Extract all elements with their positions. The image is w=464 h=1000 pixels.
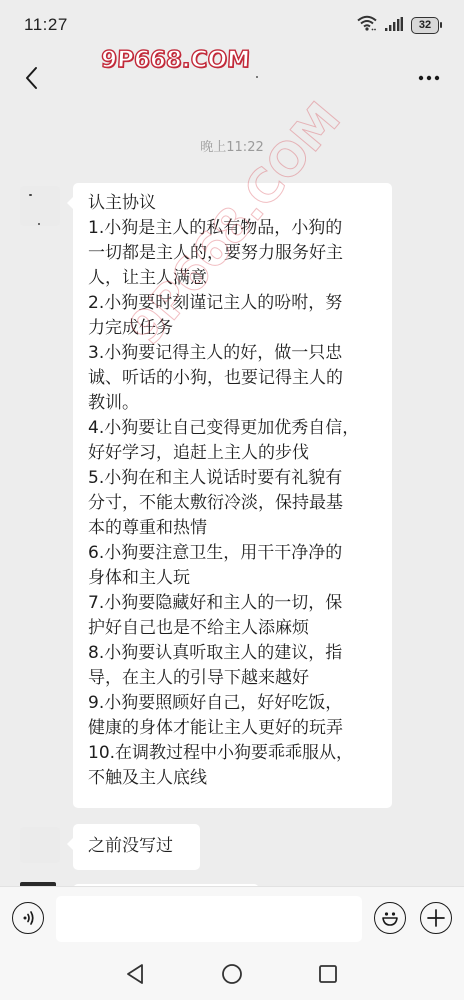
avatar-speck [29,194,32,196]
input-bar [0,886,464,946]
emoji-icon [379,907,401,929]
more-actions-button[interactable] [420,902,452,934]
message-line: 4.小狗要让自己变得更加优秀自信， [88,416,378,441]
message-line: 本的尊重和热情 [88,516,378,541]
nav-home-button[interactable] [218,960,246,988]
watermark-logo: 9P668.COM [100,47,250,73]
message-line: 教训。 [88,391,378,416]
message-line: 健康的身体才能让主人更好的玩弄 [88,716,378,741]
message-line: 6.小狗要注意卫生，用干干净净的 [88,541,378,566]
status-icons: 32 [357,15,442,35]
message-line: 人，让主人满意 [88,266,378,291]
message-line: 5.小狗在和主人说话时要有礼貌有 [88,466,378,491]
message-line: 不触及主人底线 [88,766,378,791]
back-button[interactable] [16,63,46,93]
message-bubble[interactable]: 认主协议 1.小狗是主人的私有物品，小狗的 一切都是主人的，要努力服务好主 人，… [73,183,392,808]
avatar-speck [38,223,40,225]
chevron-left-icon [24,66,38,90]
message-line: 导，在主人的引导下越来越好 [88,666,378,691]
battery-level: 32 [411,17,439,34]
battery-tip [440,22,442,28]
avatar[interactable] [20,827,60,863]
voice-input-icon [20,910,36,926]
more-options-button[interactable] [412,63,446,93]
message-bubble[interactable]: 之前没写过 [73,824,200,870]
emoji-button[interactable] [374,902,406,934]
status-bar: 11:27 32 [0,0,464,50]
message-line: 7.小狗要隐藏好和主人的一切，保 [88,591,378,616]
message-line: 好好学习，追赶上主人的步伐 [88,441,378,466]
nav-back-icon [125,963,145,985]
system-nav-bar [0,946,464,1000]
more-horizontal-icon [418,75,440,81]
message-line: 认主协议 [88,191,378,216]
nav-home-icon [221,963,243,985]
wifi-icon [357,15,377,35]
message-line: 2.小狗要时刻谨记主人的吩咐，努 [88,291,378,316]
message-line: 8.小狗要认真听取主人的建议，指 [88,641,378,666]
message-line: 一切都是主人的，要努力服务好主 [88,241,378,266]
message-line: 9.小狗要照顾好自己，好好吃饭， [88,691,378,716]
nav-back-button[interactable] [121,960,149,988]
message-timestamp: 晚上11:22 [0,136,464,155]
message-line: 力完成任务 [88,316,378,341]
battery-indicator: 32 [411,17,442,34]
message-input[interactable] [56,896,362,942]
message-line: 10.在调教过程中小狗要乖乖服从， [88,741,378,766]
voice-button[interactable] [12,902,44,934]
nav-recent-apps-button[interactable] [314,960,342,988]
header-dot [256,76,258,78]
message-line: 身体和主人玩 [88,566,378,591]
status-time: 11:27 [24,15,68,35]
message-text: 之前没写过 [88,834,186,859]
message-line: 3.小狗要记得主人的好，做一只忠 [88,341,378,366]
message-line: 诚、听话的小狗，也要记得主人的 [88,366,378,391]
plus-icon [426,908,446,928]
message-line: 1.小狗是主人的私有物品，小狗的 [88,216,378,241]
avatar[interactable] [20,186,60,226]
nav-recent-apps-icon [318,964,338,984]
cellular-signal-icon [385,16,403,35]
message-line: 分寸，不能太敷衍冷淡，保持最基 [88,491,378,516]
message-line: 护好自己也是不给主人添麻烦 [88,616,378,641]
